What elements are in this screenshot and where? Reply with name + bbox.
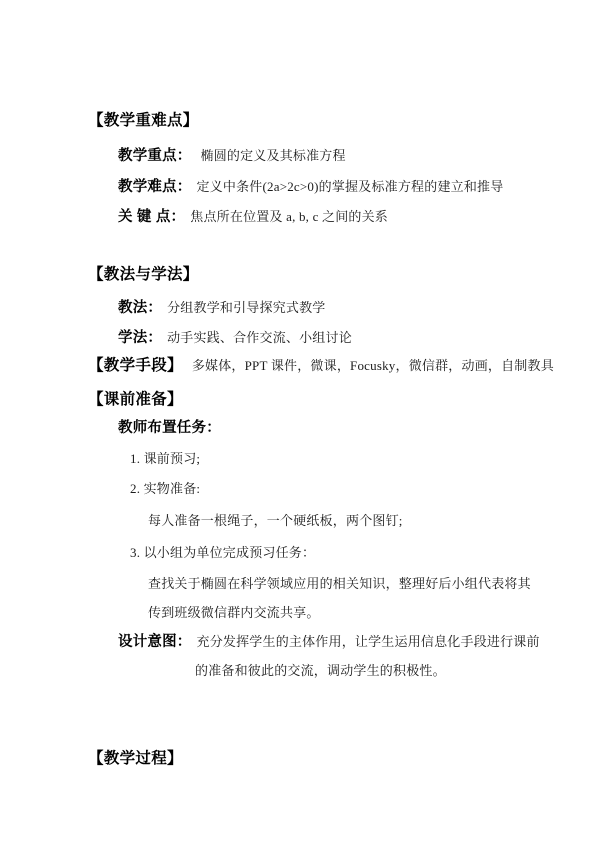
key-point-row-difficulty: 教学难点：定义中条件(2a>2c>0)的掌握及标准方程的建立和推导: [118, 177, 503, 197]
key-point-focus-label: 教学重点：: [118, 148, 192, 164]
design-intent-line1: 充分发挥学生的主体作用，让学生运用信息化手段进行课前: [197, 634, 540, 649]
task-item-2: 2. 实物准备:: [130, 481, 200, 497]
section-row-tools: 【教学手段】多媒体，PPT 课件，微课，Focusky，微信群，动画，自制教具: [88, 356, 554, 376]
method-row-teaching: 教法：分组教学和引导探究式教学: [118, 298, 326, 318]
teaching-method-label: 教法：: [118, 300, 162, 316]
task-item-2-detail: 每人准备一根绳子，一个硬纸板，两个图钉;: [148, 513, 403, 529]
tools-text: 多媒体，PPT 课件，微课，Focusky，微信群，动画，自制教具: [192, 358, 554, 373]
task-item-3-detail-line1: 查找关于椭圆在科学领域应用的相关知识，整理好后小组代表将其: [148, 576, 531, 592]
method-row-learning: 学法：动手实践、合作交流、小组讨论: [118, 328, 352, 348]
key-point-row-crux: 关 键 点：焦点所在位置及 a, b, c 之间的关系: [118, 207, 388, 227]
teaching-method-text: 分组教学和引导探究式教学: [167, 300, 325, 315]
section-heading-process: 【教学过程】: [88, 749, 183, 768]
key-point-difficulty-label: 教学难点：: [118, 179, 192, 195]
key-point-row-focus: 教学重点：椭圆的定义及其标准方程: [118, 146, 346, 166]
task-item-3-detail-line2: 传到班级微信群内交流共享。: [148, 605, 320, 621]
learning-method-label: 学法：: [118, 330, 162, 346]
teacher-tasks-subheading: 教师布置任务：: [118, 419, 221, 437]
design-intent-label: 设计意图：: [118, 634, 192, 650]
task-item-3: 3. 以小组为单位完成预习任务：: [130, 545, 315, 561]
key-point-crux-label: 关 键 点：: [118, 209, 185, 225]
lesson-plan-page: 【教学重难点】 教学重点：椭圆的定义及其标准方程 教学难点：定义中条件(2a>2…: [0, 0, 595, 842]
key-point-crux-text: 焦点所在位置及 a, b, c 之间的关系: [190, 209, 388, 224]
design-intent-row: 设计意图：充分发挥学生的主体作用，让学生运用信息化手段进行课前: [118, 632, 540, 652]
section-heading-tools: 【教学手段】: [88, 357, 183, 374]
task-item-1: 1. 课前预习;: [130, 451, 200, 467]
learning-method-text: 动手实践、合作交流、小组讨论: [167, 330, 352, 345]
section-heading-key-points: 【教学重难点】: [88, 111, 199, 130]
section-heading-preparation: 【课前准备】: [88, 390, 183, 409]
design-intent-line2: 的准备和彼此的交流，调动学生的积极性。: [195, 663, 446, 679]
key-point-difficulty-text: 定义中条件(2a>2c>0)的掌握及标准方程的建立和推导: [197, 179, 504, 194]
key-point-focus-text: 椭圆的定义及其标准方程: [201, 148, 346, 163]
section-heading-methods: 【教法与学法】: [88, 265, 199, 284]
